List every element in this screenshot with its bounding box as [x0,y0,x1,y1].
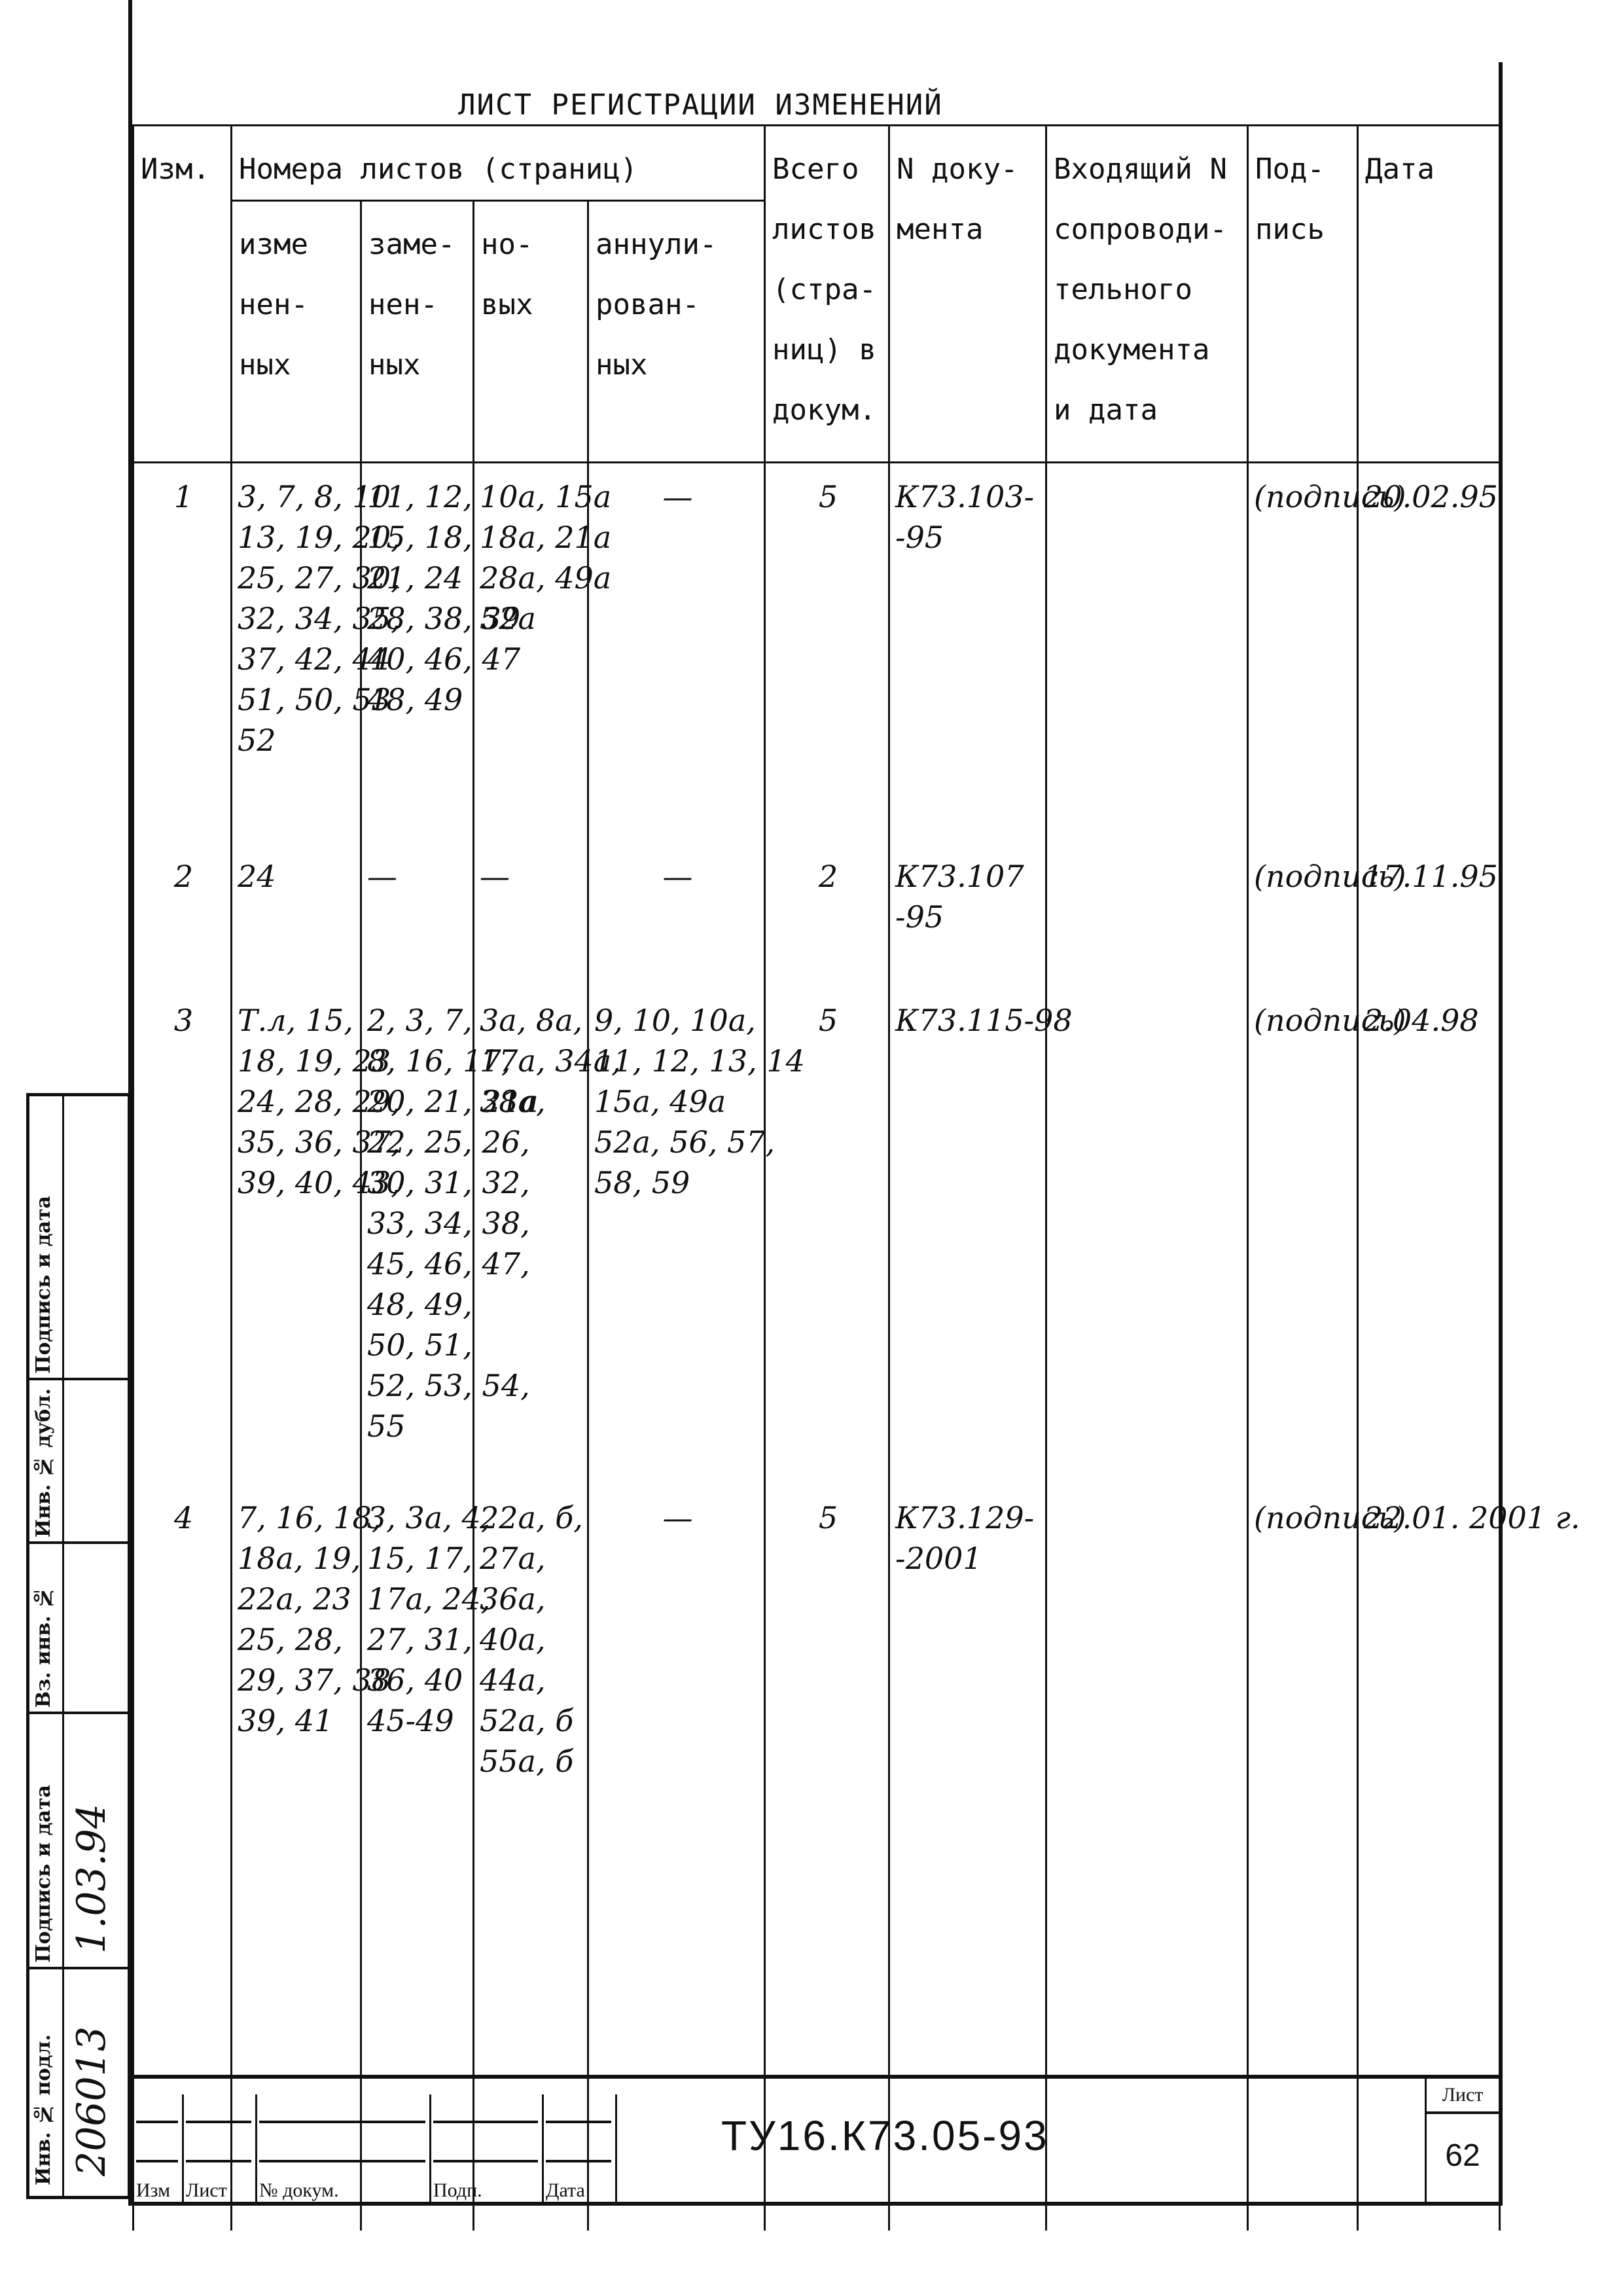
stamp-field-inv-dubl: Инв. № дубл. [29,1378,128,1544]
cell-doc-no: К73.107-95 [889,843,1046,987]
header-doc-no: N доку-мента [889,126,1046,463]
header-total: Всеголистов(стра-ниц) вдокум. [765,126,889,463]
table-row: 13, 7, 8, 1013, 19, 20,25, 27, 30,32, 34… [134,463,1500,844]
cell-date: 22.01. 2001 г. [1358,1484,1500,2047]
cell-date: 20.02.95 [1358,463,1500,844]
cell-incoming [1046,463,1248,844]
cell-incoming [1046,843,1248,987]
header-date: Дата [1358,126,1500,463]
stamp-field-inv-podl: Инв. № подл. 206013 [29,1967,128,2189]
cell-changed: Т.л, 15,18, 19, 2324, 28, 29,35, 36, 37,… [232,987,361,1484]
cell-incoming [1046,1484,1248,2047]
tb-date-cell: Дата [542,2094,617,2206]
cell-izm: 1 [134,463,232,844]
cell-changed: 3, 7, 8, 1013, 19, 20,25, 27, 30,32, 34,… [232,463,361,844]
cell-doc-no: К73.115-98 [889,987,1046,1484]
cell-new: 22а, б,27а,36а,40а,44а,52а, б55а, б [474,1484,588,2047]
cell-date: 17.11.95 [1358,843,1500,987]
tb-label-sign: Подп. [433,2179,482,2202]
cell-doc-no: К73.103--95 [889,463,1046,844]
cell-replaced: 2, 3, 7,8, 16, 17,20, 21, 21а22, 25, 26,… [361,987,474,1484]
cell-total: 5 [765,463,889,844]
cell-signature: (подпись) [1248,987,1358,1484]
cell-changed: 7, 16, 18,18а, 19,22а, 2325, 28,29, 37, … [232,1484,361,2047]
stamp-inv-podl-value: 206013 [69,2026,115,2176]
stamp-sign-date-value: 1.03.94 [69,1804,115,1954]
tb-docno-cell: № докум. [255,2094,431,2206]
cell-new: — [474,843,588,987]
stamp-field-sign-date-1: Подпись и дата [29,1096,128,1380]
tb-sign-cell: Подп. [429,2094,544,2206]
header-annulled: аннули-рован-ных [588,201,765,463]
header-signature: Под-пись [1248,126,1358,463]
sheet-label: Лист [1427,2084,1499,2114]
cell-signature: (подпись) [1248,843,1358,987]
cell-replaced: 11, 12,15, 18,21, 2428, 38, 3940, 46, 47… [361,463,474,844]
cell-signature: (подпись) [1248,1484,1358,2047]
cell-total: 2 [765,843,889,987]
cell-annulled: — [588,1484,765,2047]
tb-label-izm: Изм [136,2179,170,2202]
stamp-field-vz-inv: Вз. инв. № [29,1541,128,1714]
header-sheet-numbers: Номера листов (страниц) [232,126,765,201]
header-changed: изменен-ных [232,201,361,463]
tb-label-date: Дата [546,2179,585,2202]
cell-signature: (подпись) [1248,463,1358,844]
sheet-box: Лист 62 [1425,2079,1499,2206]
tb-izm-cell: Изм [132,2094,184,2206]
cell-incoming [1046,987,1248,1484]
sheet-number: 62 [1427,2138,1499,2174]
page-title: ЛИСТ РЕГИСТРАЦИИ ИЗМЕНЕНИЙ [458,88,943,122]
cell-changed: 24 [232,843,361,987]
table-row: 3Т.л, 15,18, 19, 2324, 28, 29,35, 36, 37… [134,987,1500,1484]
header-replaced: заме-нен-ных [361,201,474,463]
title-block: Изм Лист № докум. Подп. Дата ТУ16.К73.05… [132,2075,1499,2206]
cell-izm: 2 [134,843,232,987]
cell-date: 2.04.98 [1358,987,1500,1484]
cell-izm: 3 [134,987,232,1484]
cell-izm: 4 [134,1484,232,2047]
tb-label-docno: № докум. [259,2179,339,2202]
table-row: 224———2К73.107-95(подпись)17.11.95 [134,843,1500,987]
stamp-strip: Подпись и дата Инв. № дубл. Вз. инв. № П… [26,1093,131,2199]
cell-replaced: — [361,843,474,987]
cell-annulled: 9, 10, 10а,11, 12, 13, 1415а, 49а52а, 56… [588,987,765,1484]
cell-total: 5 [765,1484,889,2047]
tb-label-list: Лист [186,2179,227,2202]
cell-annulled: — [588,843,765,987]
header-new: но-вых [474,201,588,463]
header-incoming: Входящий Nсопроводи-тельногодокументаи д… [1046,126,1248,463]
cell-replaced: 3, 3а, 4,15, 17,17а, 24,27, 31,36, 4045-… [361,1484,474,2047]
table-row: 47, 16, 18,18а, 19,22а, 2325, 28,29, 37,… [134,1484,1500,2047]
cell-annulled: — [588,463,765,844]
header-izm: Изм. [134,126,232,463]
change-registration-table: Изм. Номера листов (страниц) Всеголистов… [132,124,1501,2231]
stamp-field-sign-date-2: Подпись и дата 1.03.94 [29,1712,128,1969]
cell-doc-no: К73.129--2001 [889,1484,1046,2047]
document-code: ТУ16.К73.05-93 [721,2111,1049,2160]
tb-list-cell: Лист [182,2094,257,2206]
